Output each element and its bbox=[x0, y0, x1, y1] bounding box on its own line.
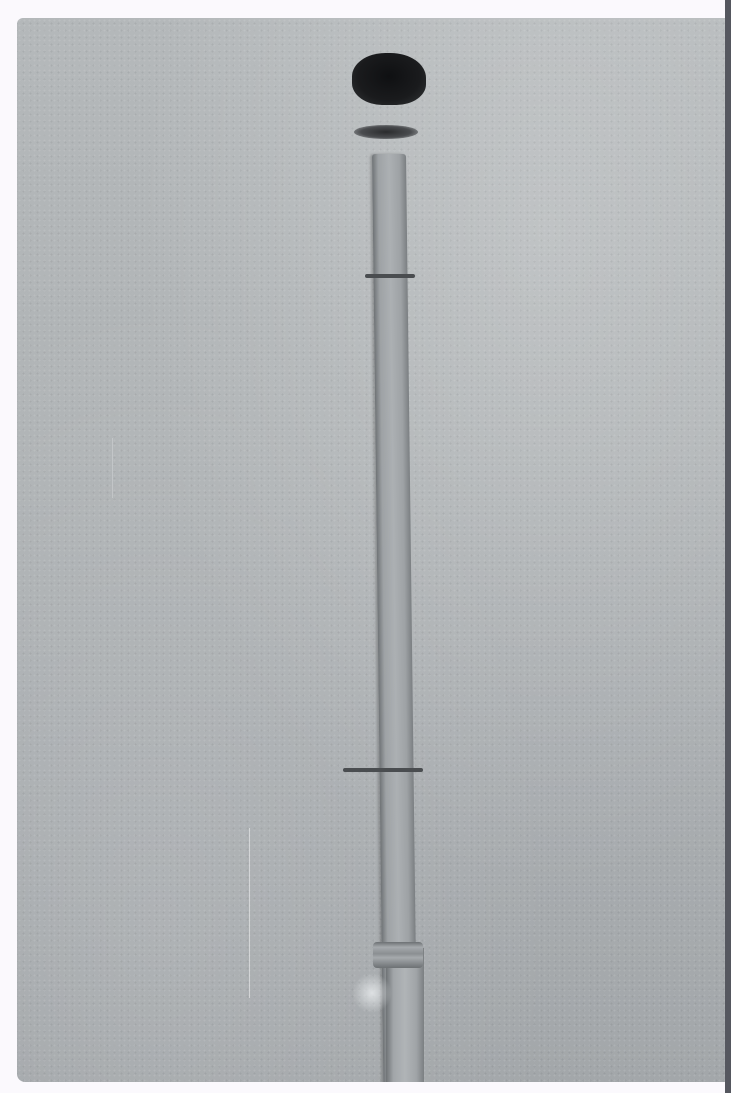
pipe-collar bbox=[373, 942, 423, 968]
wall-stain bbox=[352, 973, 392, 1013]
hole-stain bbox=[354, 125, 418, 139]
wall-hole bbox=[352, 53, 426, 105]
film-edge bbox=[725, 0, 731, 1093]
scratch bbox=[249, 828, 250, 998]
wall bbox=[17, 18, 725, 1082]
wall-texture bbox=[17, 18, 725, 1082]
scratch bbox=[112, 438, 113, 498]
pipe-bracket-middle bbox=[343, 768, 423, 772]
pipe-bracket-top bbox=[365, 274, 415, 278]
drainpipe-lower-section bbox=[386, 948, 424, 1082]
